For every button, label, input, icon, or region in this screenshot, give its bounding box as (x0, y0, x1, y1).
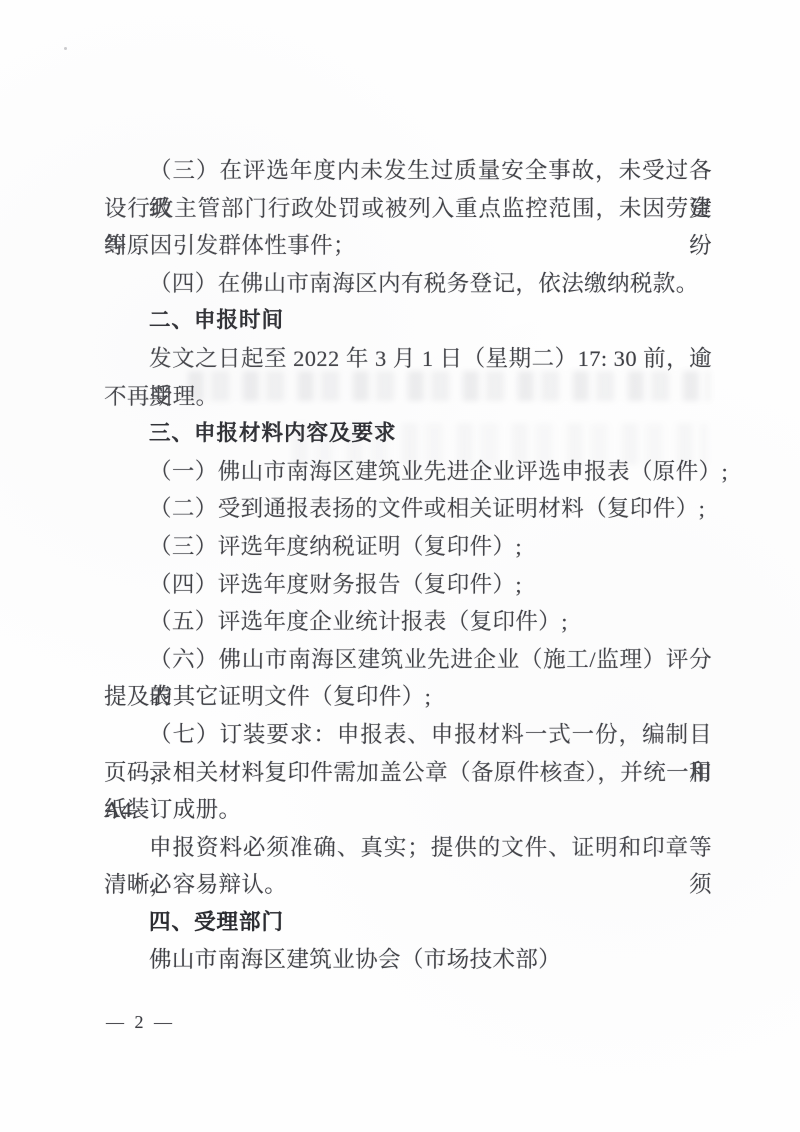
text-line: 不再受理。 (104, 378, 712, 416)
page-number: — 2 — (106, 1010, 175, 1034)
text-line: （七）订装要求：申报表、申报材料一式一份，编制目录和 (104, 716, 712, 754)
scan-speckle (64, 47, 67, 50)
text-line: （一）佛山市南海区建筑业先进企业评选申报表（原件）; (104, 453, 712, 491)
text-line: （三）评选年度纳税证明（复印件）; (104, 528, 712, 566)
text-line: 纸装订成册。 (104, 791, 712, 829)
text-line: （四）评选年度财务报告（复印件）; (104, 566, 712, 604)
text-line: （五）评选年度企业统计报表（复印件）; (104, 603, 712, 641)
section-heading: 三、申报材料内容及要求 (104, 415, 712, 453)
section-heading: 四、受理部门 (104, 904, 712, 942)
document-body: （三）在评选年度内未发生过质量安全事故，未受过各级建设行政主管部门行政处罚或被列… (104, 152, 712, 979)
text-line: （二）受到通报表扬的文件或相关证明材料（复印件）; (104, 490, 712, 528)
text-line: 申报资料必须准确、真实；提供的文件、证明和印章等必须 (104, 829, 712, 867)
text-line: （六）佛山市南海区建筑业先进企业（施工/监理）评分表 (104, 641, 712, 679)
text-line: （四）在佛山市南海区内有税务登记，依法缴纳税款。 (104, 265, 712, 303)
text-line: 佛山市南海区建筑业协会（市场技术部） (104, 941, 712, 979)
text-line: 设行政主管部门行政处罚或被列入重点监控范围，未因劳资纠纷 (104, 190, 712, 228)
section-heading: 二、申报时间 (104, 302, 712, 340)
text-line: 发文之日起至 2022 年 3 月 1 日（星期二）17: 30 前，逾期 (104, 340, 712, 378)
text-line: （三）在评选年度内未发生过质量安全事故，未受过各级建 (104, 152, 712, 190)
document-page: （三）在评选年度内未发生过质量安全事故，未受过各级建设行政主管部门行政处罚或被列… (0, 0, 800, 1132)
text-line: 页码，相关材料复印件需加盖公章（备原件核查），并统一用 A4 (104, 754, 712, 792)
text-line: 提及的其它证明文件（复印件）; (104, 678, 712, 716)
